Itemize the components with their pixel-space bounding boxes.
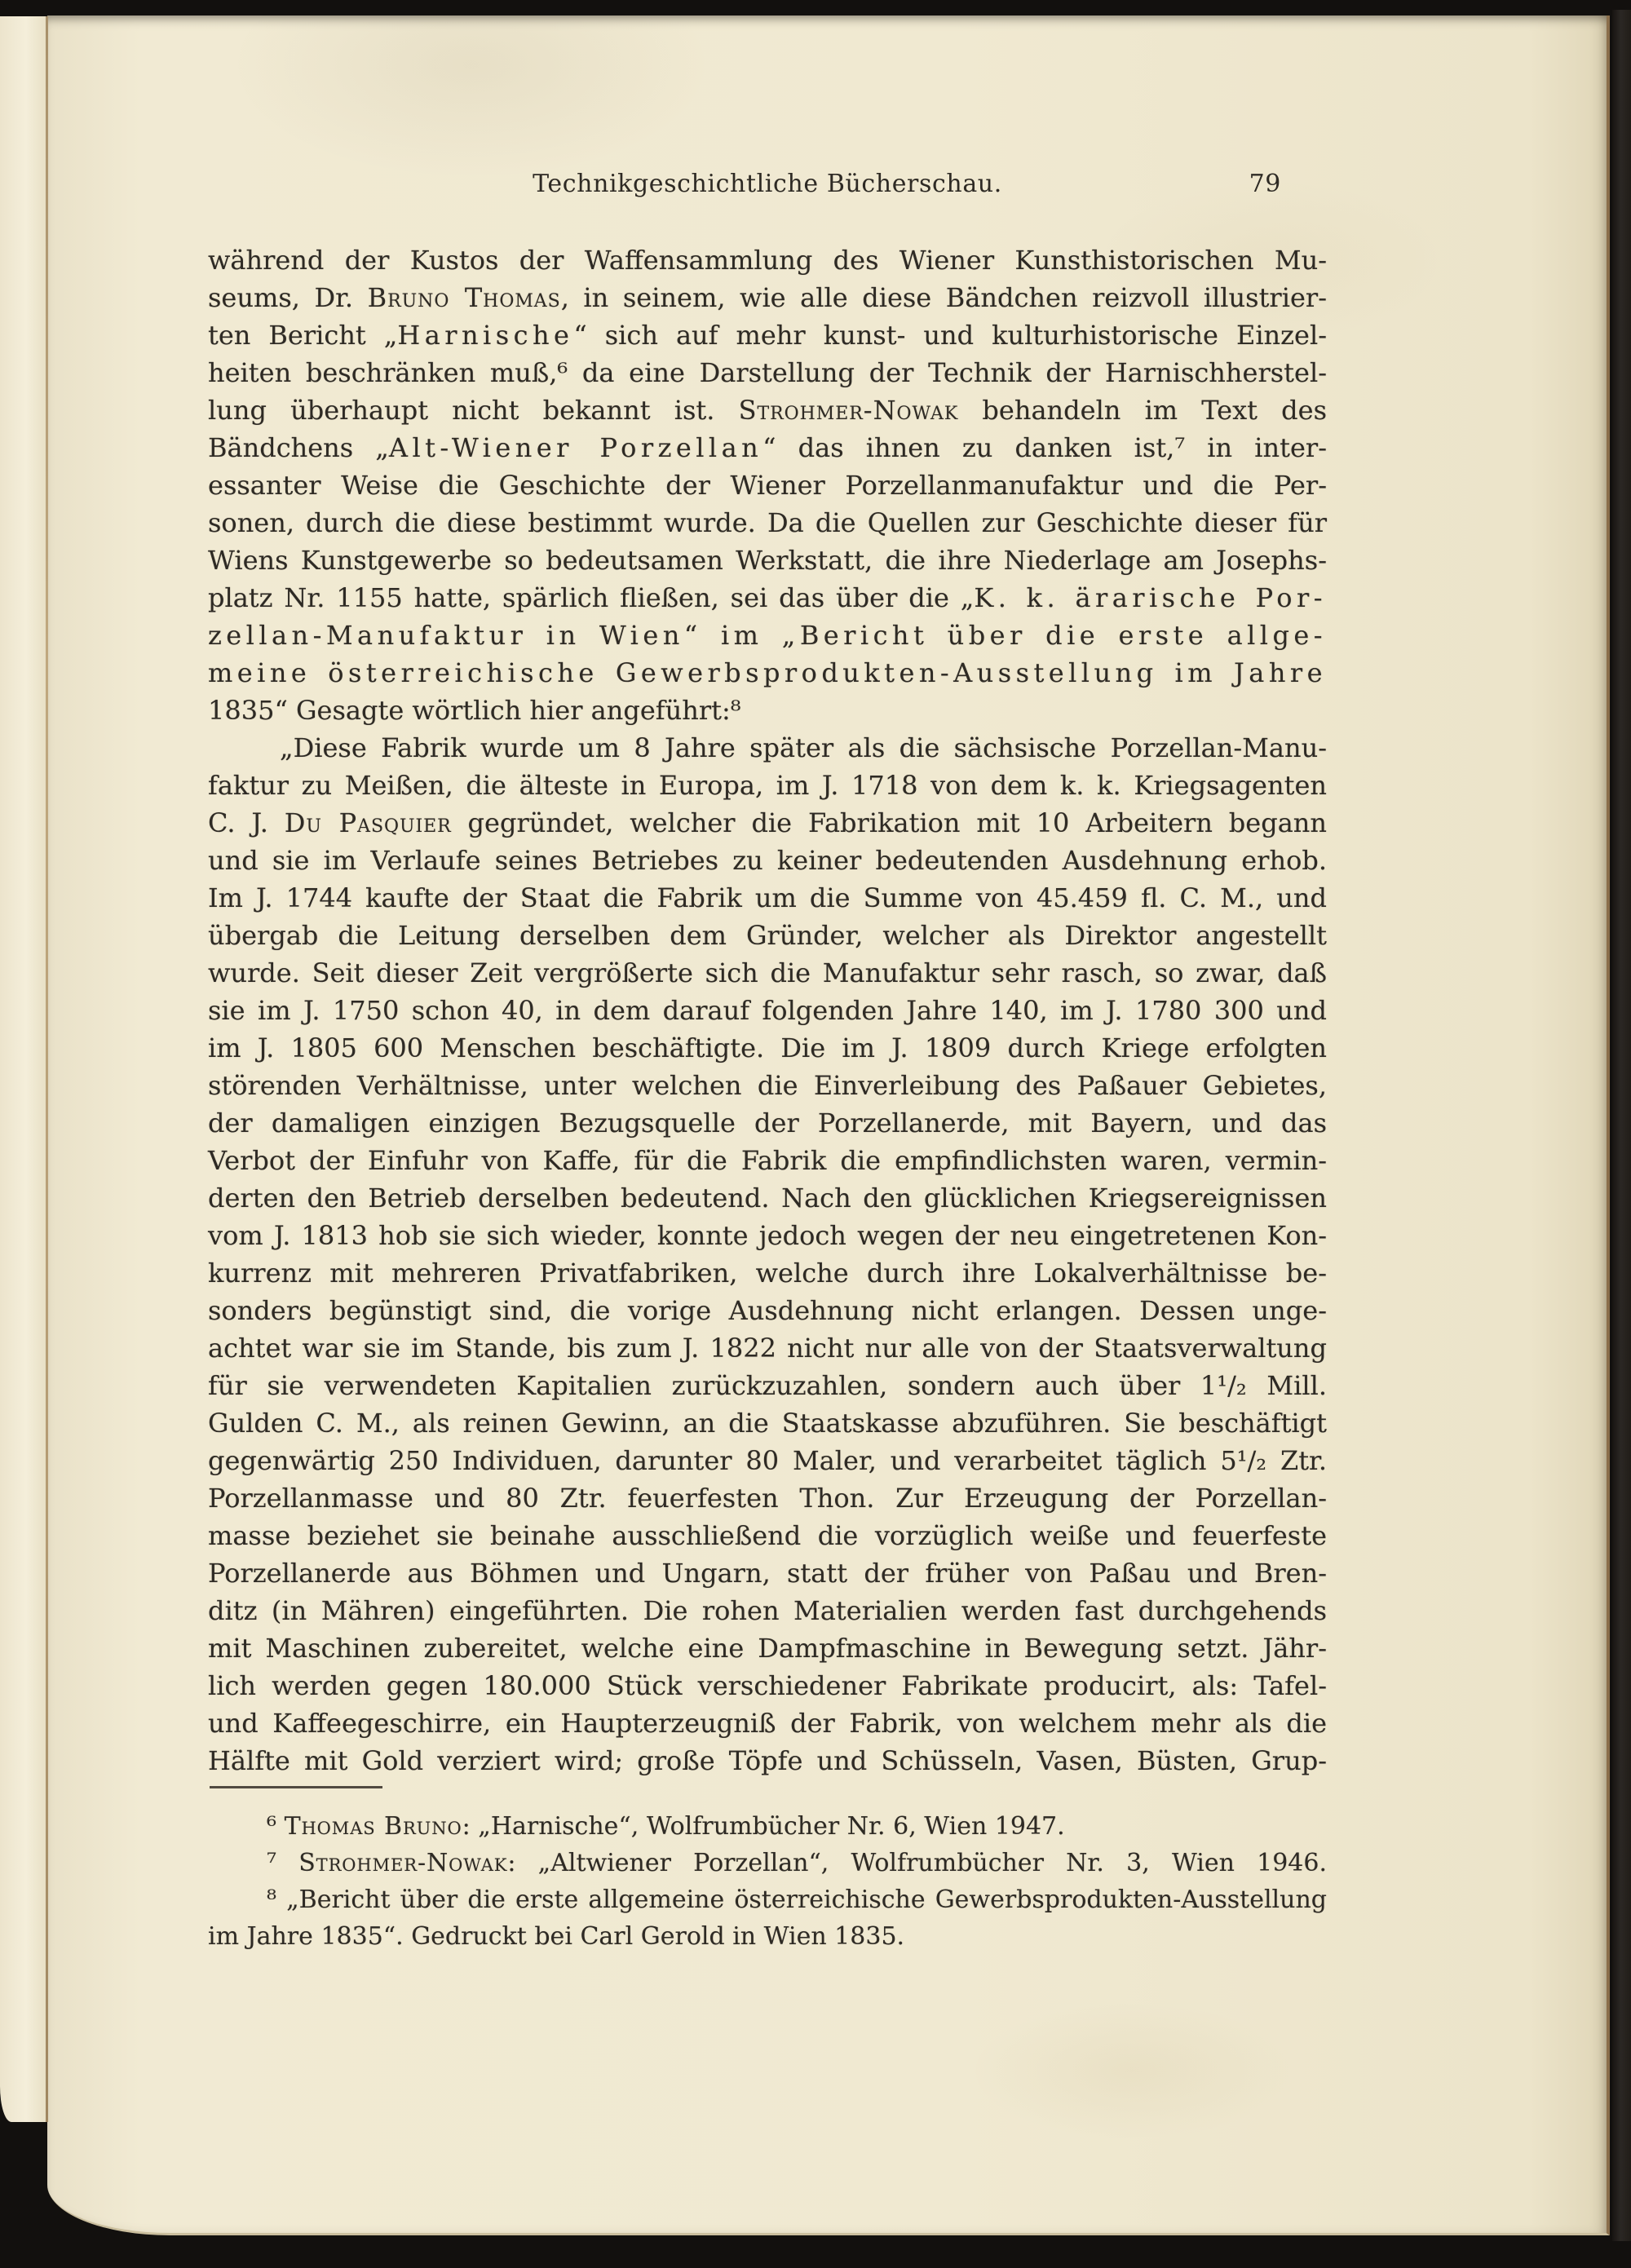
text-segment: platz Nr. 1155 hatte, spärlich fließen, … [208,582,974,613]
paragraph: während der Kustos der Waffensammlung de… [208,241,1327,729]
text-segment: im J. 1805 600 Menschen beschäftigte. Di… [208,1032,1327,1063]
text-line: sonders begünstigt sind, die vorige Ausd… [208,1292,1327,1329]
text-line: im Jahre 1835“. Gedruckt bei Carl Gerold… [208,1918,1327,1955]
text-segment: Porzellanerde aus Böhmen und Ungarn, sta… [208,1558,1327,1589]
text-segment: : „Harnische“, Wolfrumbücher Nr. 6, Wien… [462,1812,1065,1841]
letterspaced-title: K. k. ärarische Por- [974,582,1327,613]
text-line: kurrenz mit mehreren Privatfabriken, wel… [208,1254,1327,1292]
text-line: der damaligen einzigen Bezugsquelle der … [208,1104,1327,1142]
letterspaced-title: Harnische [397,320,573,351]
text-segment: essanter Weise die Geschichte der Wiener… [208,470,1327,501]
text-line: ten Bericht „Harnische“ sich auf mehr ku… [208,316,1327,354]
text-segment: sie im J. 1750 schon 40, in dem darauf f… [208,995,1327,1026]
text-line: ⁸ „Bericht über die erste allgemeine öst… [208,1881,1327,1918]
text-segment: kurrenz mit mehreren Privatfabriken, wel… [208,1258,1327,1289]
printed-column: Technikgeschichtliche Bücherschau. 79 wä… [208,0,1327,2268]
text-line: während der Kustos der Waffensammlung de… [208,241,1327,279]
text-segment: Hälfte mit Gold verziert wird; große Töp… [208,1745,1327,1776]
text-segment: faktur zu Meißen, die älteste in Europa,… [208,770,1327,801]
text-line: „Diese Fabrik wurde um 8 Jahre später al… [208,729,1327,767]
text-segment: “ das ihnen zu danken ist,⁷ in inter- [762,432,1327,463]
text-line: sie im J. 1750 schon 40, in dem darauf f… [208,992,1327,1029]
text-segment: sonders begünstigt sind, die vorige Ausd… [208,1295,1327,1326]
text-segment: ten Bericht „ [208,320,397,351]
text-segment: Wiens Kunstgewerbe so bedeutsamen Werkst… [208,545,1327,576]
text-line: Hälfte mit Gold verziert wird; große Töp… [208,1742,1327,1779]
text-segment: masse beziehet sie beinahe ausschließend… [208,1520,1327,1551]
text-line: platz Nr. 1155 hatte, spärlich fließen, … [208,579,1327,617]
text-line: Im J. 1744 kaufte der Staat die Fabrik u… [208,879,1327,917]
page-fold-crease [46,16,48,2122]
text-line: Porzellanerde aus Böhmen und Ungarn, sta… [208,1554,1327,1592]
text-segment: achtet war sie im Stande, bis zum J. 182… [208,1333,1327,1364]
text-segment: ditz (in Mähren) eingeführten. Die rohen… [208,1595,1327,1626]
text-line: störenden Verhältnisse, unter welchen di… [208,1067,1327,1104]
text-line: lung überhaupt nicht bekannt ist. Strohm… [208,391,1327,429]
text-line: und sie im Verlaufe seines Betriebes zu … [208,842,1327,879]
text-segment: ⁶ [267,1812,285,1841]
small-caps-name: Thomas Bruno [285,1812,462,1841]
small-caps-name: Strohmer-Nowak [298,1849,507,1877]
text-line: achtet war sie im Stande, bis zum J. 182… [208,1329,1327,1367]
footnote-separator-rule [210,1786,382,1788]
text-segment: sonen, durch die diese bestimmt wurde. D… [208,507,1327,538]
text-segment: “ sich auf mehr kunst- und kulturhistori… [573,320,1327,351]
text-line: C. J. Du Pasquier gegründet, welcher die… [208,804,1327,842]
text-segment: im Jahre 1835“. Gedruckt bei Carl Gerold… [208,1922,904,1951]
text-line: und Kaffeegeschirre, ein Haupterzeugniß … [208,1704,1327,1742]
body-text: während der Kustos der Waffensammlung de… [208,241,1327,1779]
running-head: Technikgeschichtliche Bücherschau. 79 [208,170,1327,206]
small-caps-name: Bruno Thomas [368,282,561,313]
text-segment: ⁸ „Bericht über die erste allgemeine öst… [267,1886,1327,1914]
text-segment: lung überhaupt nicht bekannt ist. [208,395,739,426]
text-line: ⁷ Strohmer-Nowak: „Altwiener Porzellan“,… [208,1845,1327,1881]
footnotes: ⁶ Thomas Bruno: „Harnische“, Wolfrumbüch… [208,1808,1327,1955]
text-line: lich werden gegen 180.000 Stück verschie… [208,1667,1327,1704]
letterspaced-title: zellan-Manufaktur in Wien“ im „Bericht ü… [208,620,1327,651]
text-segment: störenden Verhältnisse, unter welchen di… [208,1070,1327,1101]
text-segment: : „Altwiener Porzellan“, Wolfrumbücher N… [507,1849,1327,1877]
under-page-edge [0,16,47,2122]
text-segment: heiten beschränken muß,⁶ da eine Darstel… [208,357,1327,388]
text-line: meine österreichische Gewerbsprodukten-A… [208,654,1327,692]
text-segment: wurde. Seit dieser Zeit vergrößerte sich… [208,957,1327,988]
text-line: 1835“ Gesagte wörtlich hier angeführt:⁸ [208,692,1327,729]
text-line: mit Maschinen zubereitet, welche eine Da… [208,1629,1327,1667]
text-line: derten den Betrieb derselben bedeutend. … [208,1179,1327,1217]
text-segment: ⁷ [267,1849,298,1877]
text-segment: lich werden gegen 180.000 Stück verschie… [208,1670,1327,1701]
text-segment: „Diese Fabrik wurde um 8 Jahre später al… [280,732,1327,763]
text-line: im J. 1805 600 Menschen beschäftigte. Di… [208,1029,1327,1067]
text-segment: übergab die Leitung derselben dem Gründe… [208,920,1327,951]
footnote: ⁷ Strohmer-Nowak: „Altwiener Porzellan“,… [208,1845,1327,1881]
letterspaced-title: Alt-Wiener Porzellan [389,432,762,463]
text-segment: der damaligen einzigen Bezugsquelle der … [208,1107,1327,1138]
small-caps-name: Du Pasquier [285,807,452,838]
letterspaced-title: meine österreichische Gewerbsprodukten-A… [208,657,1327,688]
text-line: gegenwärtig 250 Individuen, darunter 80 … [208,1442,1327,1479]
text-line: ditz (in Mähren) eingeführten. Die rohen… [208,1592,1327,1629]
text-line: zellan-Manufaktur in Wien“ im „Bericht ü… [208,617,1327,654]
text-line: essanter Weise die Geschichte der Wiener… [208,466,1327,504]
text-segment: Porzellanmasse und 80 Ztr. feuerfesten T… [208,1483,1327,1514]
text-line: Wiens Kunstgewerbe so bedeutsamen Werkst… [208,542,1327,579]
text-segment: und Kaffeegeschirre, ein Haupterzeugniß … [208,1708,1327,1739]
text-line: Gulden C. M., als reinen Gewinn, an die … [208,1404,1327,1442]
text-line: wurde. Seit dieser Zeit vergrößerte sich… [208,954,1327,992]
text-segment: Bändchens „ [208,432,389,463]
footnote: ⁸ „Bericht über die erste allgemeine öst… [208,1881,1327,1955]
text-line: vom J. 1813 hob sie sich wieder, konnte … [208,1217,1327,1254]
text-segment: während der Kustos der Waffensammlung de… [208,245,1327,276]
text-segment: vom J. 1813 hob sie sich wieder, konnte … [208,1220,1327,1251]
scanned-book-page-photo: Technikgeschichtliche Bücherschau. 79 wä… [0,0,1631,2268]
text-segment: Gulden C. M., als reinen Gewinn, an die … [208,1408,1327,1439]
text-line: faktur zu Meißen, die älteste in Europa,… [208,767,1327,804]
text-segment: Im J. 1744 kaufte der Staat die Fabrik u… [208,882,1327,913]
text-segment: und sie im Verlaufe seines Betriebes zu … [208,845,1327,876]
text-line: Porzellanmasse und 80 Ztr. feuerfesten T… [208,1479,1327,1517]
text-segment: für sie verwendeten Kapitalien zurückzuz… [208,1370,1327,1401]
text-line: Bändchens „Alt-Wiener Porzellan“ das ihn… [208,429,1327,466]
text-line: seums, Dr. Bruno Thomas, in seinem, wie … [208,279,1327,316]
text-segment: , in seinem, wie alle diese Bändchen rei… [561,282,1327,313]
running-head-title: Technikgeschichtliche Bücherschau. [208,170,1327,198]
small-caps-name: Strohmer-Nowak [739,395,959,426]
text-line: für sie verwendeten Kapitalien zurückzuz… [208,1367,1327,1404]
book-gutter-shadow [1612,10,1631,2241]
text-segment: mit Maschinen zubereitet, welche eine Da… [208,1633,1327,1664]
text-line: sonen, durch die diese bestimmt wurde. D… [208,504,1327,542]
text-line: ⁶ Thomas Bruno: „Harnische“, Wolfrumbüch… [208,1808,1327,1845]
text-segment: Verbot der Einfuhr von Kaffe, für die Fa… [208,1145,1327,1176]
text-line: übergab die Leitung derselben dem Gründe… [208,917,1327,954]
text-line: Verbot der Einfuhr von Kaffe, für die Fa… [208,1142,1327,1179]
footnote: ⁶ Thomas Bruno: „Harnische“, Wolfrumbüch… [208,1808,1327,1845]
text-line: heiten beschränken muß,⁶ da eine Darstel… [208,354,1327,391]
text-segment: behandeln im Text des [958,395,1327,426]
text-line: masse beziehet sie beinahe ausschließend… [208,1517,1327,1554]
paragraph: „Diese Fabrik wurde um 8 Jahre später al… [208,729,1327,1779]
page-number: 79 [1249,170,1281,198]
text-segment: 1835“ Gesagte wörtlich hier angeführt:⁸ [208,695,741,726]
text-segment: derten den Betrieb derselben bedeutend. … [208,1183,1327,1214]
text-segment: gegenwärtig 250 Individuen, darunter 80 … [208,1445,1327,1476]
text-segment: gegründet, welcher die Fabrikation mit 1… [452,807,1327,838]
text-segment: C. J. [208,807,285,838]
text-segment: seums, Dr. [208,282,368,313]
